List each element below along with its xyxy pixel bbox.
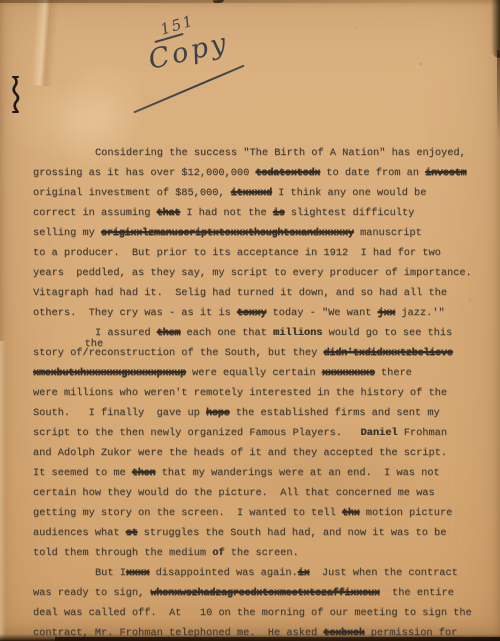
overtyped-text: of [212, 547, 224, 559]
typed-text: struggles the South had had, and now it … [137, 527, 446, 539]
typed-text: correct in assuming [33, 207, 157, 219]
typed-text: to a producer. But prior to its acceptan… [33, 247, 441, 259]
typed-text: were millions who weren't remotely inter… [33, 387, 447, 399]
typed-text: jazz.'" [395, 307, 444, 319]
typed-text: Just when the contract [310, 567, 458, 579]
typed-line: others. They cry was - as it is toxxy to… [33, 303, 495, 323]
struck-out-text: st [126, 527, 138, 539]
typed-text: manuscript [354, 227, 422, 239]
typed-line: certain how they would do the picture. A… [33, 483, 495, 503]
typed-text: motion picture [360, 507, 453, 519]
typed-line: But Ixxxx disappointed was again.ix Just… [33, 563, 495, 583]
struck-out-text: didn'txdidxxxtzbelieve [323, 347, 452, 359]
typed-text: to date from an [320, 167, 425, 179]
overtyped-text: Daniel [361, 427, 398, 439]
typed-text: the established firms and sent my [230, 407, 440, 419]
typed-line: xmexbutxhxxxxxxgxxxxxpxxup were equally … [33, 363, 495, 383]
typed-text: and Adolph Zukor were the heads of it an… [33, 447, 447, 459]
typed-text: grossing as it has over $12,000,000 [33, 167, 255, 179]
typed-text: the entire [380, 587, 454, 599]
typed-line: story of/thereconstruction of the South,… [33, 343, 495, 363]
typed-text: getting my story on the screen. I wanted… [33, 507, 342, 519]
handwritten-copy-label: Copy [146, 27, 232, 76]
struck-out-text: whenxwszhadzagreedxtoxmeetxtozaffixxoux [150, 587, 379, 599]
typed-line: Vitagraph had had it. Selig had turned i… [33, 283, 495, 303]
paper-bottom-shadow [55, 637, 500, 641]
struck-out-text: itxxxxd [231, 187, 272, 199]
struck-out-text: srigixxlzmanuscriptxtoxxxthoughtsxandxxx… [101, 227, 354, 239]
typed-line: grossing as it has over $12,000,000 toda… [33, 163, 495, 183]
typed-line: Considering the success "The Birth of A … [33, 143, 495, 163]
fold-crease [31, 0, 59, 87]
handwritten-annotation: 151 Copy [136, 14, 276, 114]
typed-text: Frohman [398, 427, 447, 439]
struck-out-text: that [157, 207, 181, 219]
paper-left-edge-highlight [0, 341, 6, 641]
typed-line: selling my srigixxlzmanuscriptxtoxxxthou… [33, 223, 495, 243]
typed-text: It seemed to me [33, 467, 132, 479]
typed-line: It seemed to me then that my wanderings … [33, 463, 495, 483]
typed-text: there [375, 367, 412, 379]
typed-line: audiences what st struggles the South ha… [33, 523, 495, 543]
typed-text: the screen. [225, 547, 299, 559]
typed-text: original investment of $85,000, [33, 187, 231, 199]
typed-text: today - "We want [266, 307, 377, 319]
handwritten-underline-flourish [133, 65, 244, 114]
struck-out-text: toxxy [237, 307, 266, 319]
typed-text: certain how they would do the picture. A… [33, 487, 435, 499]
typed-text: that my wanderings were at an end. I was… [155, 467, 439, 479]
typed-line: told them through the medium of the scre… [33, 543, 495, 563]
typed-line: and Adolph Zukor were the heads of it an… [33, 443, 495, 463]
struck-out-text: ix [298, 567, 310, 579]
overtyped-text: millions [273, 327, 322, 339]
scanned-page: 151 Copy Considering the success "The Bi… [0, 0, 500, 641]
typed-line: correct in assuming that I had not the i… [33, 203, 495, 223]
typed-text: Vitagraph had had it. Selig had turned i… [33, 287, 447, 299]
typed-line: getting my story on the screen. I wanted… [33, 503, 495, 523]
struck-out-text: xxxxxxxxs [322, 367, 375, 379]
typed-text: were equally certain [186, 367, 322, 379]
struck-out-text: jxx [378, 307, 396, 319]
typed-text: was ready to sign, [33, 587, 150, 599]
typed-line: original investment of $85,000, itxxxxd … [33, 183, 495, 203]
typed-text: story of/ [33, 347, 89, 359]
typed-text: reconstruction of the South, but they [89, 347, 324, 359]
staple-mark [9, 75, 23, 115]
struck-out-text: then [132, 467, 156, 479]
typed-line: years peddled, as they say, my script to… [33, 263, 495, 283]
typed-text: would go to see this [322, 327, 452, 339]
typed-line: deal was called off. At 10 on the mornin… [33, 603, 495, 623]
typed-text: I think any one would be [272, 187, 426, 199]
struck-out-text: todatextodx [255, 167, 320, 179]
typed-text: years peddled, as they say, my script to… [33, 267, 472, 279]
typed-line: South. I finally gave up hope the establ… [33, 403, 495, 423]
typed-text: Considering the success "The Birth of A … [95, 147, 466, 159]
typed-text: deal was called off. At 10 on the mornin… [33, 607, 472, 619]
typed-text: disappointed was again. [149, 567, 297, 579]
typed-line: were millions who weren't remotely inter… [33, 383, 495, 403]
typed-text: script to the then newly organized Famou… [33, 427, 361, 439]
struck-out-text: investm [425, 167, 466, 179]
typed-text: told them through the medium [33, 547, 212, 559]
typed-text: each one that [180, 327, 273, 339]
typed-text: But I [95, 567, 126, 579]
typed-text: others. They cry was - as it is [33, 307, 237, 319]
struck-out-text: them [157, 327, 181, 339]
typed-text: I assured [95, 327, 157, 339]
typed-line: script to the then newly organized Famou… [33, 423, 495, 443]
struck-out-text: xxxx [126, 567, 150, 579]
struck-out-text: hope [206, 407, 230, 419]
typed-text: selling my [33, 227, 101, 239]
typed-text: audiences what [33, 527, 126, 539]
typed-line: was ready to sign, whenxwszhadzagreedxto… [33, 583, 495, 603]
typed-line: to a producer. But prior to its acceptan… [33, 243, 495, 263]
struck-out-text: thx [342, 507, 360, 519]
struck-out-text: xmexbutxhxxxxxxgxxxxxpxxup [33, 367, 186, 379]
typed-text: I had not the [180, 207, 273, 219]
struck-out-text: is [273, 207, 285, 219]
typed-text: South. I finally gave up [33, 407, 206, 419]
typed-text: slightest difficulty [285, 207, 415, 219]
typed-text-block: Considering the success "The Birth of A … [33, 143, 495, 641]
paper-top-edge [0, 0, 500, 3]
